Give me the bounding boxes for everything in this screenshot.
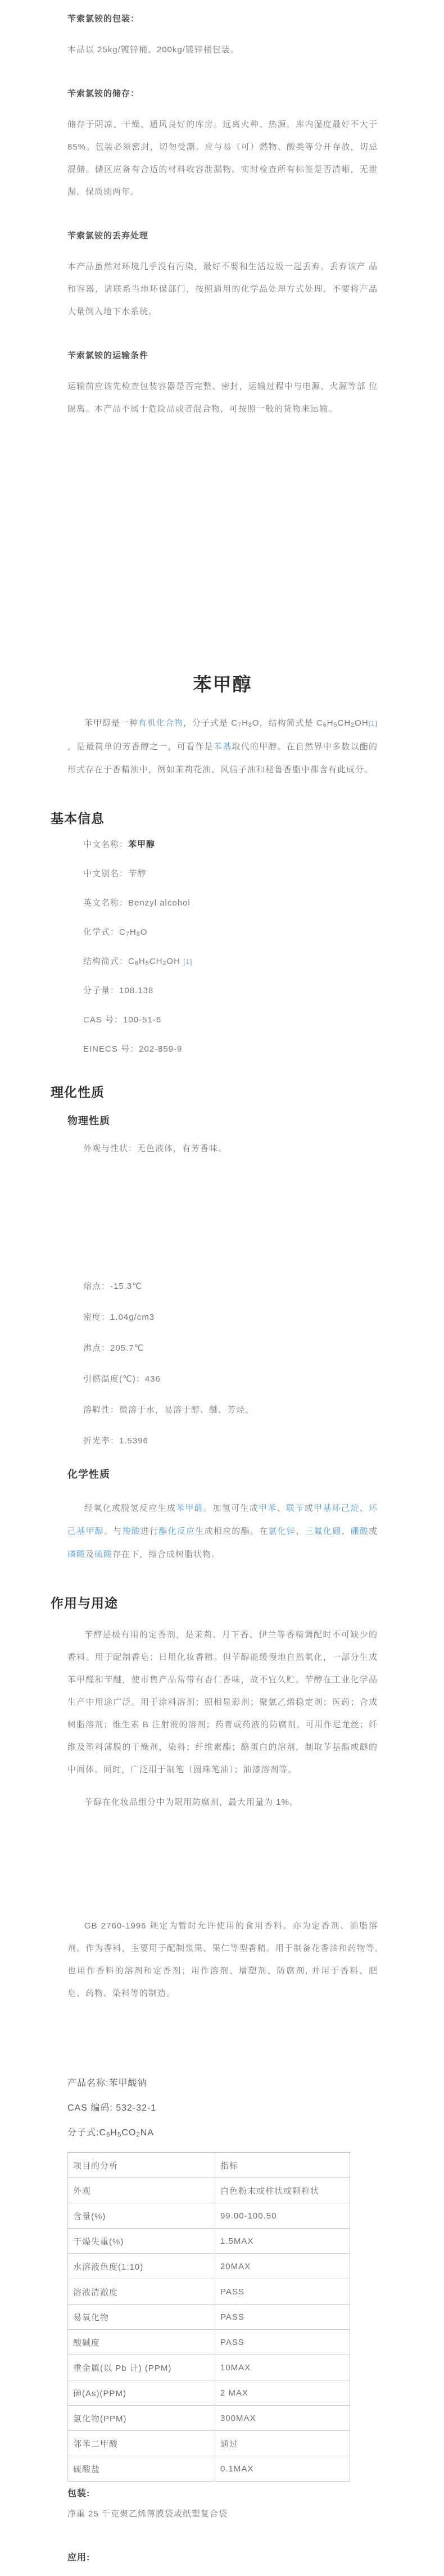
physical-ignition-temp: 引燃温度(℃)：436: [83, 1374, 378, 1385]
page-content: 苄索氯铵的包装： 本品以 25kg/镀锌桶、200kg/镀锌桶包装。 苄索氯铵的…: [0, 0, 444, 2564]
info-label: 中文别名：: [83, 869, 128, 879]
spec-name-cell: 干燥失重(%): [68, 2229, 215, 2254]
application-heading: 应用:: [67, 2552, 378, 2564]
link-toluene[interactable]: 甲苯: [259, 1504, 277, 1513]
spec-value-cell: PASS: [215, 2305, 350, 2330]
link-zinc-chloride[interactable]: 氯化锌: [268, 1527, 296, 1536]
spec-value-cell: 2 MAX: [215, 2380, 350, 2406]
table-row: 砷(As)(PPM)2 MAX: [68, 2380, 350, 2406]
chem-text: 进行: [141, 1527, 158, 1536]
spec-value-header: 指标: [215, 2153, 350, 2178]
formula-c7h8o: C7H8O: [119, 927, 147, 937]
spec-name-cell: 氯化物(PPM): [68, 2406, 215, 2431]
chem-text: 或: [305, 1504, 314, 1513]
link-organic-compound[interactable]: 有机化合物: [138, 718, 183, 728]
spec-name-cell: 溶液清澈度: [68, 2279, 215, 2305]
intro-text-2: ，分子式是: [183, 718, 231, 728]
info-value: 苄醇: [128, 869, 146, 879]
link-bibenzyl[interactable]: 联苄: [286, 1504, 305, 1513]
page-title: 苯甲醇: [67, 673, 378, 696]
packing-text: 净重 25 千克聚乙烯薄膜袋或纸塑复合袋: [67, 2509, 378, 2520]
info-label: 分子量：: [83, 986, 119, 995]
spec-name-cell: 砷(As)(PPM): [68, 2380, 215, 2406]
table-row: 外观白色粉末或柱状或颗粒状: [68, 2178, 350, 2203]
formula-c7h8o: C7H8O: [231, 718, 259, 728]
section-body-transport: 运输前应该先检查包装容器是否完整、密封，运输过程中与电源、火源等部 位隔离。本产…: [67, 375, 378, 420]
formula-c6h5co2na: C6H5CO2NA: [99, 2128, 154, 2138]
info-value: Benzyl alcohol: [128, 898, 191, 908]
intro-paragraph: 苯甲醇是一种有机化合物，分子式是 C7H8O，结构简式是 C6H5CH2OH[1…: [67, 712, 378, 781]
heading-chemical-properties: 化学性质: [67, 1466, 378, 1481]
citation-ref-1[interactable]: [1]: [183, 958, 192, 966]
section-heading-storage: 苄索氯铵的储存：: [67, 87, 378, 99]
link-boric-acid[interactable]: 硼酸: [350, 1527, 368, 1536]
table-row: 邻苯二甲酸通过: [68, 2431, 350, 2456]
spec-value-cell: 1.5MAX: [215, 2229, 350, 2254]
heading-usage: 作用与用途: [51, 1593, 378, 1611]
product-spec-block: 产品名称:苯甲酸钠 CAS 编码: 532-32-1 分子式:C6H5CO2NA…: [67, 2078, 378, 2564]
spec-value-cell: 10MAX: [215, 2355, 350, 2380]
whitespace-divider: [67, 420, 378, 673]
spec-name-cell: 外观: [68, 2178, 215, 2203]
info-item-cn-name: 中文名称：苯甲醇: [83, 839, 378, 850]
info-item-struct-formula: 结构简式：C6H5CH2OH [1]: [83, 956, 378, 967]
info-label: 结构简式：: [83, 957, 128, 966]
spec-value-cell: PASS: [215, 2279, 350, 2305]
spec-value-cell: 300MAX: [215, 2406, 350, 2431]
usage-paragraph-2: 苄醇在化妆品组分中为限用防腐剂，最大用量为 1%。: [67, 1797, 378, 1808]
chem-text: 、: [296, 1527, 305, 1536]
packing-heading: 包装:: [67, 2488, 378, 2500]
spec-name-cell: 重金属(以 Pb 计) (PPM): [68, 2355, 215, 2380]
info-label: 中文名称：: [83, 840, 128, 849]
physical-melting-point: 熔点：-15.3℃: [83, 1281, 378, 1292]
physical-solubility: 溶解性：微溶于水，易溶于醇、醚、芳烃。: [83, 1405, 378, 1416]
spec-name-cell: 含量(%): [68, 2203, 215, 2229]
spec-value-cell: 20MAX: [215, 2254, 350, 2279]
physical-boiling-point: 沸点：205.7℃: [83, 1343, 378, 1354]
link-carboxylic-acid[interactable]: 羧酸: [122, 1527, 140, 1536]
heading-basic-info: 基本信息: [51, 808, 378, 827]
table-row: 重金属(以 Pb 计) (PPM)10MAX: [68, 2355, 350, 2380]
info-item-mol-weight: 分子量：108.138: [83, 985, 378, 997]
spec-name-cell: 易氧化物: [68, 2305, 215, 2330]
intro-text-1: 苯甲醇是一种: [84, 718, 138, 728]
spec-table: 项目的分析指标 外观白色粉末或柱状或颗粒状 含量(%)99.00-100.50 …: [67, 2152, 350, 2482]
citation-ref-1[interactable]: [1]: [369, 719, 378, 727]
intro-text-3: ，结构简式是: [260, 718, 316, 728]
heading-properties: 理化性质: [51, 1082, 378, 1101]
info-label: EINECS 号：: [83, 1044, 139, 1054]
table-header-row: 项目的分析指标: [68, 2153, 350, 2178]
table-row: 溶液清澈度PASS: [68, 2279, 350, 2305]
table-row: 含量(%)99.00-100.50: [68, 2203, 350, 2229]
spec-value-cell: PASS: [215, 2330, 350, 2355]
spec-name-cell: 邻苯二甲酸: [68, 2431, 215, 2456]
info-item-cas: CAS 号：100-51-6: [83, 1015, 378, 1026]
chem-text: 及: [85, 1550, 94, 1559]
info-label: CAS 号：: [83, 1015, 123, 1025]
link-esterification[interactable]: 酯化反应: [158, 1527, 195, 1536]
table-row: 水溶液色度(1:10)20MAX: [68, 2254, 350, 2279]
link-methylcyclohexane[interactable]: 甲基环己烷: [314, 1504, 360, 1513]
section-body-storage: 储存于阴凉、干燥、通风良好的库房。远离火种、热源。库内湿度最好不大于 85%。包…: [67, 114, 378, 203]
physical-density: 密度：1.04g/cm3: [83, 1312, 378, 1323]
product-cas-line: CAS 编码: 532-32-1: [67, 2103, 378, 2114]
spec-value-cell: 99.00-100.50: [215, 2203, 350, 2229]
chem-text: 、: [341, 1527, 350, 1536]
table-row: 干燥失重(%)1.5MAX: [68, 2229, 350, 2254]
info-value: 100-51-6: [123, 1015, 161, 1025]
chem-text: 。与: [104, 1527, 122, 1536]
usage-paragraph-1: 苄醇是极有用的定香剂，是茉莉、月下香、伊兰等香精调配时不可缺少的香料。用于配制香…: [67, 1624, 378, 1781]
info-item-cn-alias: 中文别名：苄醇: [83, 868, 378, 880]
heading-physical-properties: 物理性质: [67, 1113, 378, 1128]
product-name-line: 产品名称:苯甲酸钠: [67, 2078, 378, 2089]
table-row: 酸碱度PASS: [68, 2330, 350, 2355]
formula-c6h5ch2oh: C6H5CH2OH: [316, 718, 369, 728]
spec-value-cell: 白色粉末或柱状或颗粒状: [215, 2178, 350, 2203]
chem-text: 或: [369, 1527, 378, 1536]
link-benzaldehyde[interactable]: 苯甲醛: [176, 1504, 203, 1513]
info-value: 苯甲醇: [128, 840, 155, 849]
info-item-einecs: EINECS 号：202-859-9: [83, 1044, 378, 1055]
formula-c6h5ch2oh: C6H5CH2OH: [128, 957, 180, 966]
chem-text: 、: [360, 1504, 369, 1513]
intro-text-4: ，是最简单的芳香醇之一，可看作是: [67, 742, 214, 751]
table-row: 氯化物(PPM)300MAX: [68, 2406, 350, 2431]
chem-text: 、: [277, 1504, 286, 1513]
chem-text: 。加氢可生成: [203, 1504, 259, 1513]
info-value: 202-859-9: [139, 1044, 182, 1054]
link-phosphoric-acid[interactable]: 磷酸: [67, 1550, 85, 1559]
chemical-properties-paragraph: 经氧化或脱氢反应生成苯甲醛。加氢可生成甲苯、联苄或甲基环己烷、环己基甲醇。与羧酸…: [67, 1497, 378, 1566]
link-sulfuric-acid[interactable]: 硫酸: [94, 1550, 112, 1559]
info-label: 英文名称：: [83, 898, 128, 908]
spec-value-cell: 通过: [215, 2431, 350, 2456]
section-heading-disposal: 苄索氯铵的丢弃处理: [67, 229, 378, 241]
chem-text: 生成相应的酯。在: [195, 1527, 268, 1536]
table-row: 硫酸盐0.1MAX: [68, 2456, 350, 2482]
spec-name-cell: 酸碱度: [68, 2330, 215, 2355]
spec-name-cell: 水溶液色度(1:10): [68, 2254, 215, 2279]
formula-label: 分子式:: [67, 2128, 99, 2138]
info-label: 化学式：: [83, 927, 119, 937]
info-item-en-name: 英文名称：Benzyl alcohol: [83, 898, 378, 909]
info-value: 108.138: [119, 986, 153, 995]
chem-text: 经氧化或脱氢反应生成: [84, 1504, 176, 1513]
section-body-packing: 本品以 25kg/镀锌桶、200kg/镀锌桶包装。: [67, 39, 378, 61]
spec-value-cell: 0.1MAX: [215, 2456, 350, 2482]
info-item-chem-formula: 化学式：C7H8O: [83, 927, 378, 938]
physical-refractive-index: 折光率：1.5396: [83, 1436, 378, 1447]
usage-paragraph-3: GB 2760-1996 规定为暂时允许使用的食用香料。亦为定香剂、油脂溶剂。作…: [67, 1915, 378, 2005]
spec-name-cell: 硫酸盐: [68, 2456, 215, 2482]
link-phenyl[interactable]: 苯基: [214, 742, 232, 751]
section-heading-transport: 苄索氯铵的运输条件: [67, 349, 378, 361]
table-row: 易氧化物PASS: [68, 2305, 350, 2330]
spec-name-header: 项目的分析: [68, 2153, 215, 2178]
section-body-disposal: 本产品虽然对环境几乎没有污染，最好不要和生活垃圾一起丢弃。丢弃该产 品和容器，请…: [67, 256, 378, 323]
physical-appearance: 外观与性状：无色液体，有芳香味。: [83, 1143, 378, 1155]
product-formula-line: 分子式:C6H5CO2NA: [67, 2127, 378, 2139]
chem-text: 存在下，缩合成树脂状物。: [112, 1550, 220, 1559]
section-heading-packing: 苄索氯铵的包装：: [67, 12, 378, 24]
link-boron-trifluoride[interactable]: 三氟化硼: [305, 1527, 341, 1536]
